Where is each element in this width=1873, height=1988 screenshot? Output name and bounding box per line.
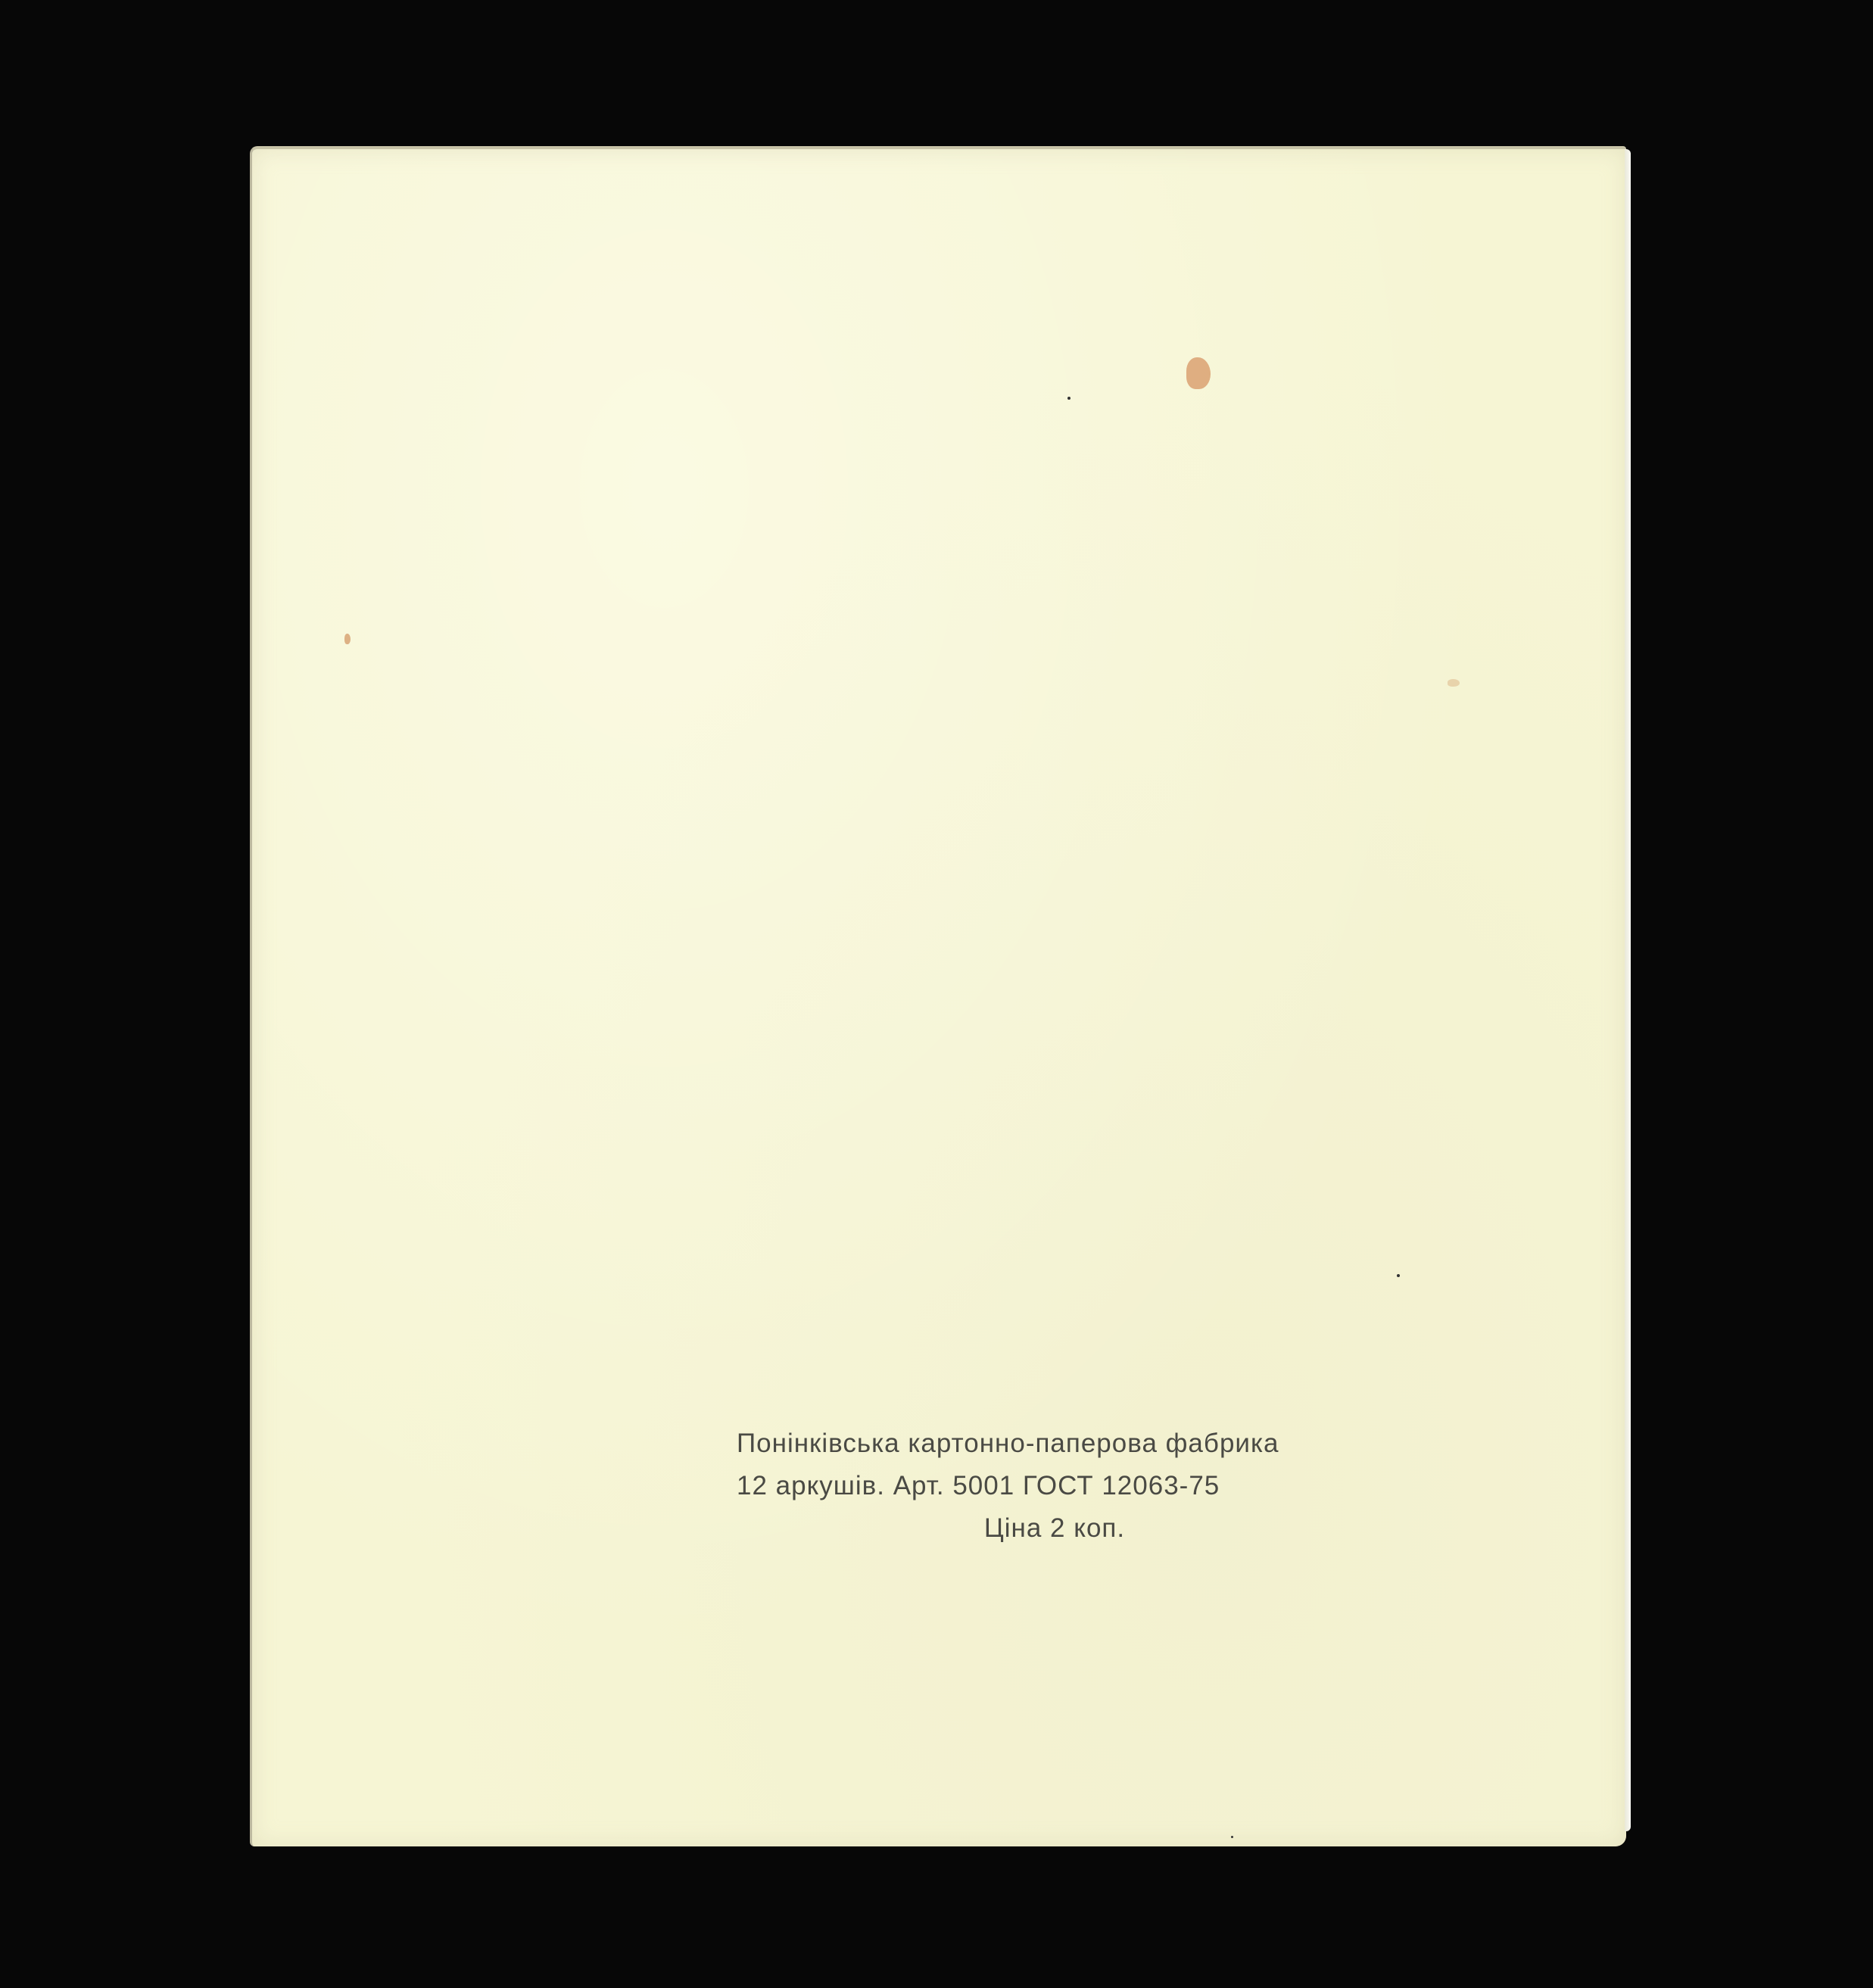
publisher-imprint: Понінківська картонно-паперова фабрика 1… (737, 1422, 1373, 1550)
price-line: Ціна 2 коп. (737, 1507, 1373, 1550)
notebook-back-cover: Понінківська картонно-паперова фабрика 1… (250, 146, 1626, 1846)
speck-mark (1067, 397, 1071, 400)
speck-mark (1397, 1274, 1400, 1277)
stain-mark (344, 634, 351, 644)
stain-mark (1186, 357, 1211, 389)
sheets-article-line: 12 аркушів. Арт. 5001 ГОСТ 12063-75 (737, 1465, 1373, 1507)
manufacturer-line: Понінківська картонно-паперова фабрика (737, 1422, 1373, 1465)
cover-edge (1625, 149, 1631, 1831)
stain-mark (1448, 679, 1460, 687)
speck-mark (1231, 1836, 1233, 1838)
